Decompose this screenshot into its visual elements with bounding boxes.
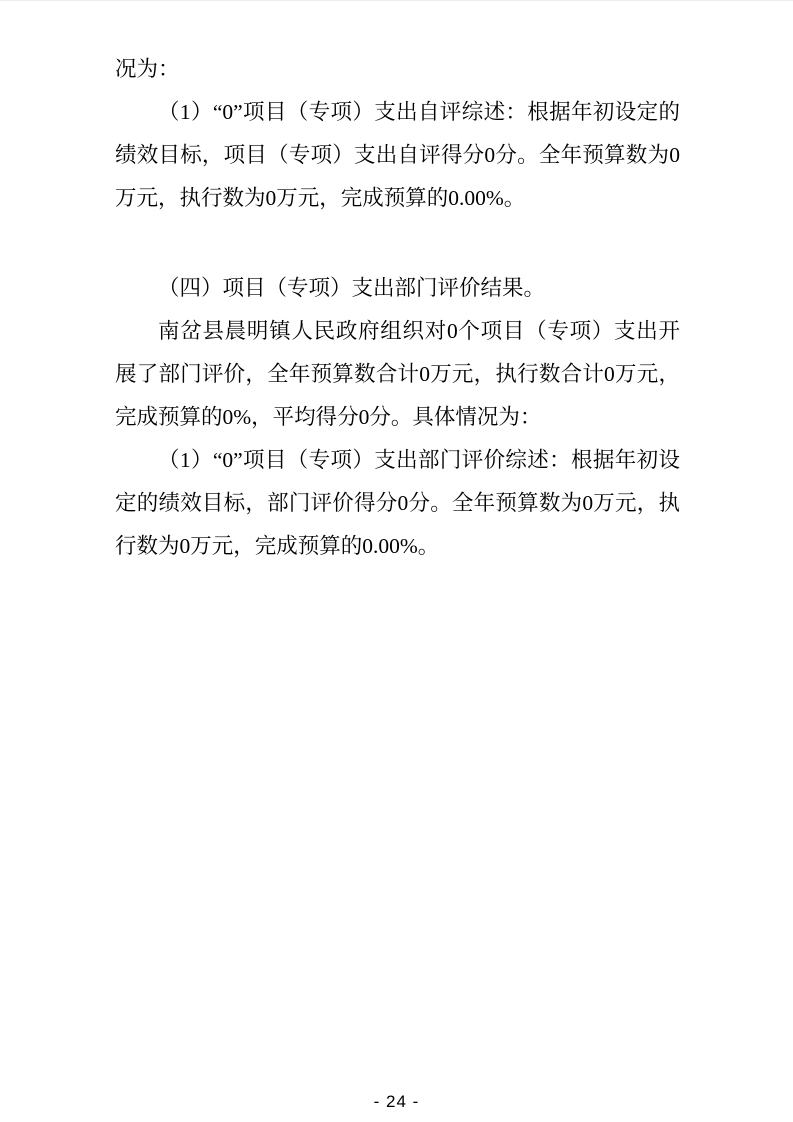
paragraph-self-eval-summary: （1）“0”项目（专项）支出自评综述：根据年初设定的绩效目标，项目（专项）支出自… (115, 91, 680, 220)
page-footer: - 24 - (0, 1092, 793, 1112)
document-page: 况为： （1）“0”项目（专项）支出自评综述：根据年初设定的绩效目标，项目（专项… (0, 0, 793, 1122)
paragraph-dept-eval-summary: （1）“0”项目（专项）支出部门评价综述：根据年初设定的绩效目标，部门评价得分0… (115, 439, 680, 568)
paragraph-continuation: 况为： (115, 48, 680, 91)
paragraph-dept-eval-overview: 南岔县晨明镇人民政府组织对0个项目（专项）支出开展了部门评价，全年预算数合计0万… (115, 310, 680, 439)
page-number: - 24 - (374, 1092, 420, 1111)
paragraph-section-heading: （四）项目（专项）支出部门评价结果。 (115, 267, 680, 310)
document-body: 况为： （1）“0”项目（专项）支出自评综述：根据年初设定的绩效目标，项目（专项… (115, 48, 680, 568)
